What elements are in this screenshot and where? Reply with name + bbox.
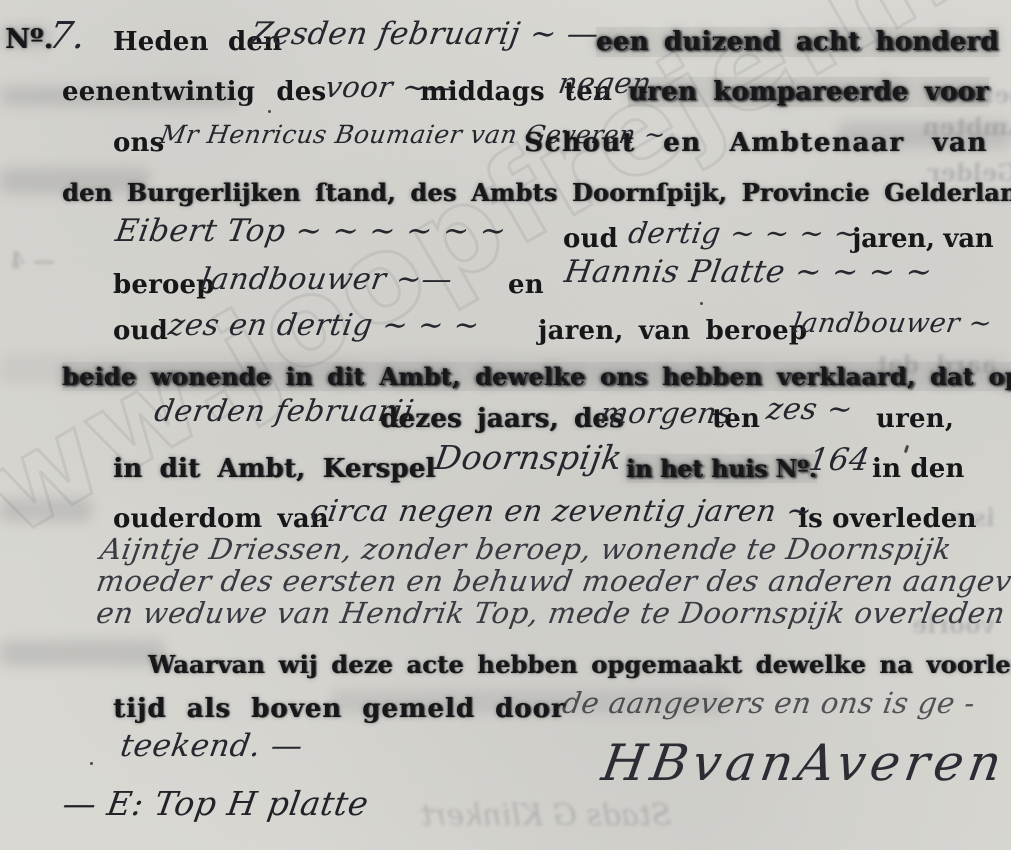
bleedthrough-smudge [0,640,165,666]
death-record-scan: www.joopfreje.nl pemen Ambten Gelder aar… [0,0,1011,850]
printed-is-overleden: is overleden [798,504,977,534]
ink-speck [90,762,93,765]
hw-death-hour: zes ~ [764,392,856,427]
hw-declarant1-occupation: landbouwer ~— [198,262,455,297]
hw-declarant2-age: zes en dertig ~ ~ ~ [166,308,482,343]
printed-closing-line1: Waarvan wij deze acte hebben opgemaakt d… [148,650,1011,679]
printed-uren-kompareerde: uren kompareerde voor [628,77,989,107]
printed-jaren-van-beroep: jaren, van beroep [538,316,807,346]
hw-house-number: 164 [806,442,872,478]
printed-huis-no: in het huis Nº. [626,454,817,483]
bleedthrough-text: — 4 [10,248,55,274]
printed-schout-title: Schout en Ambtenaar van [524,128,988,158]
signature-declarants: — E: Top H platte [60,784,371,823]
printed-burgerlijke-stand-line: den Burgerlijken ſtand, des Ambts Doornſ… [62,178,1011,207]
hw-closing-aangevers: de aangevers en ons is ge - [560,686,978,720]
printed-en: en [508,270,544,300]
record-number-value: 7. [46,14,89,57]
printed-uren: uren, [876,404,954,434]
hw-closing-teekend: teekend. — [118,728,305,764]
printed-ten: ten [712,404,760,434]
hw-deceased-widow-line: en weduwe van Hendrik Top, mede te Doorn… [94,596,1011,630]
printed-year: een duizend acht honderd [596,27,999,57]
printed-verklaring-line: beide wonende in dit Ambt, dewelke ons h… [62,362,1011,391]
printed-jaren-van: jaren, van [852,224,993,254]
printed-oud: oud [113,316,168,346]
printed-closing-line2: tijd als boven gemeld door [113,694,566,724]
ink-speck [904,445,909,454]
hw-deceased-name-line: Aijntje Driessen, zonder beroep, wonende… [98,532,954,566]
signature-official: HBvanAveren [598,734,1010,792]
hw-declarant1-age: dertig ~ ~ ~ ~ [626,216,862,250]
hw-declarant1-name: Eibert Top ~ ~ ~ ~ ~ ~ [113,213,509,249]
printed-dezes-jaars-des: dezes jaars, des [380,404,624,434]
bleedthrough-text: Stads G Klinkert [420,798,671,833]
printed-oud: oud [563,224,618,254]
hw-declaration-date: Zesden februarij ~ — [248,16,601,52]
hw-parish: Doornspijk [432,438,625,477]
hw-declarant2-occupation: landbouwer ~ [790,308,994,339]
printed-in-den: in den [872,454,965,484]
hw-deceased-relation-line: moeder des eersten en behuwd moeder des … [94,564,1011,598]
hw-declarant2-name: Hannis Platte ~ ~ ~ ~ [562,254,935,290]
hw-death-date: derden februarij [152,394,416,429]
ink-speck [268,110,271,113]
hw-deceased-age: circa negen en zeventig jaren ~ [308,494,815,529]
printed-ouderdom-van: ouderdom van [113,504,329,534]
ink-speck [700,302,703,305]
bleedthrough-smudge [0,498,92,522]
printed-ons: ons [113,128,164,158]
printed-eenentwintig-des: eenentwintig des [62,77,326,107]
printed-ambt-kerspel: in dit Ambt, Kerspel [113,454,435,484]
